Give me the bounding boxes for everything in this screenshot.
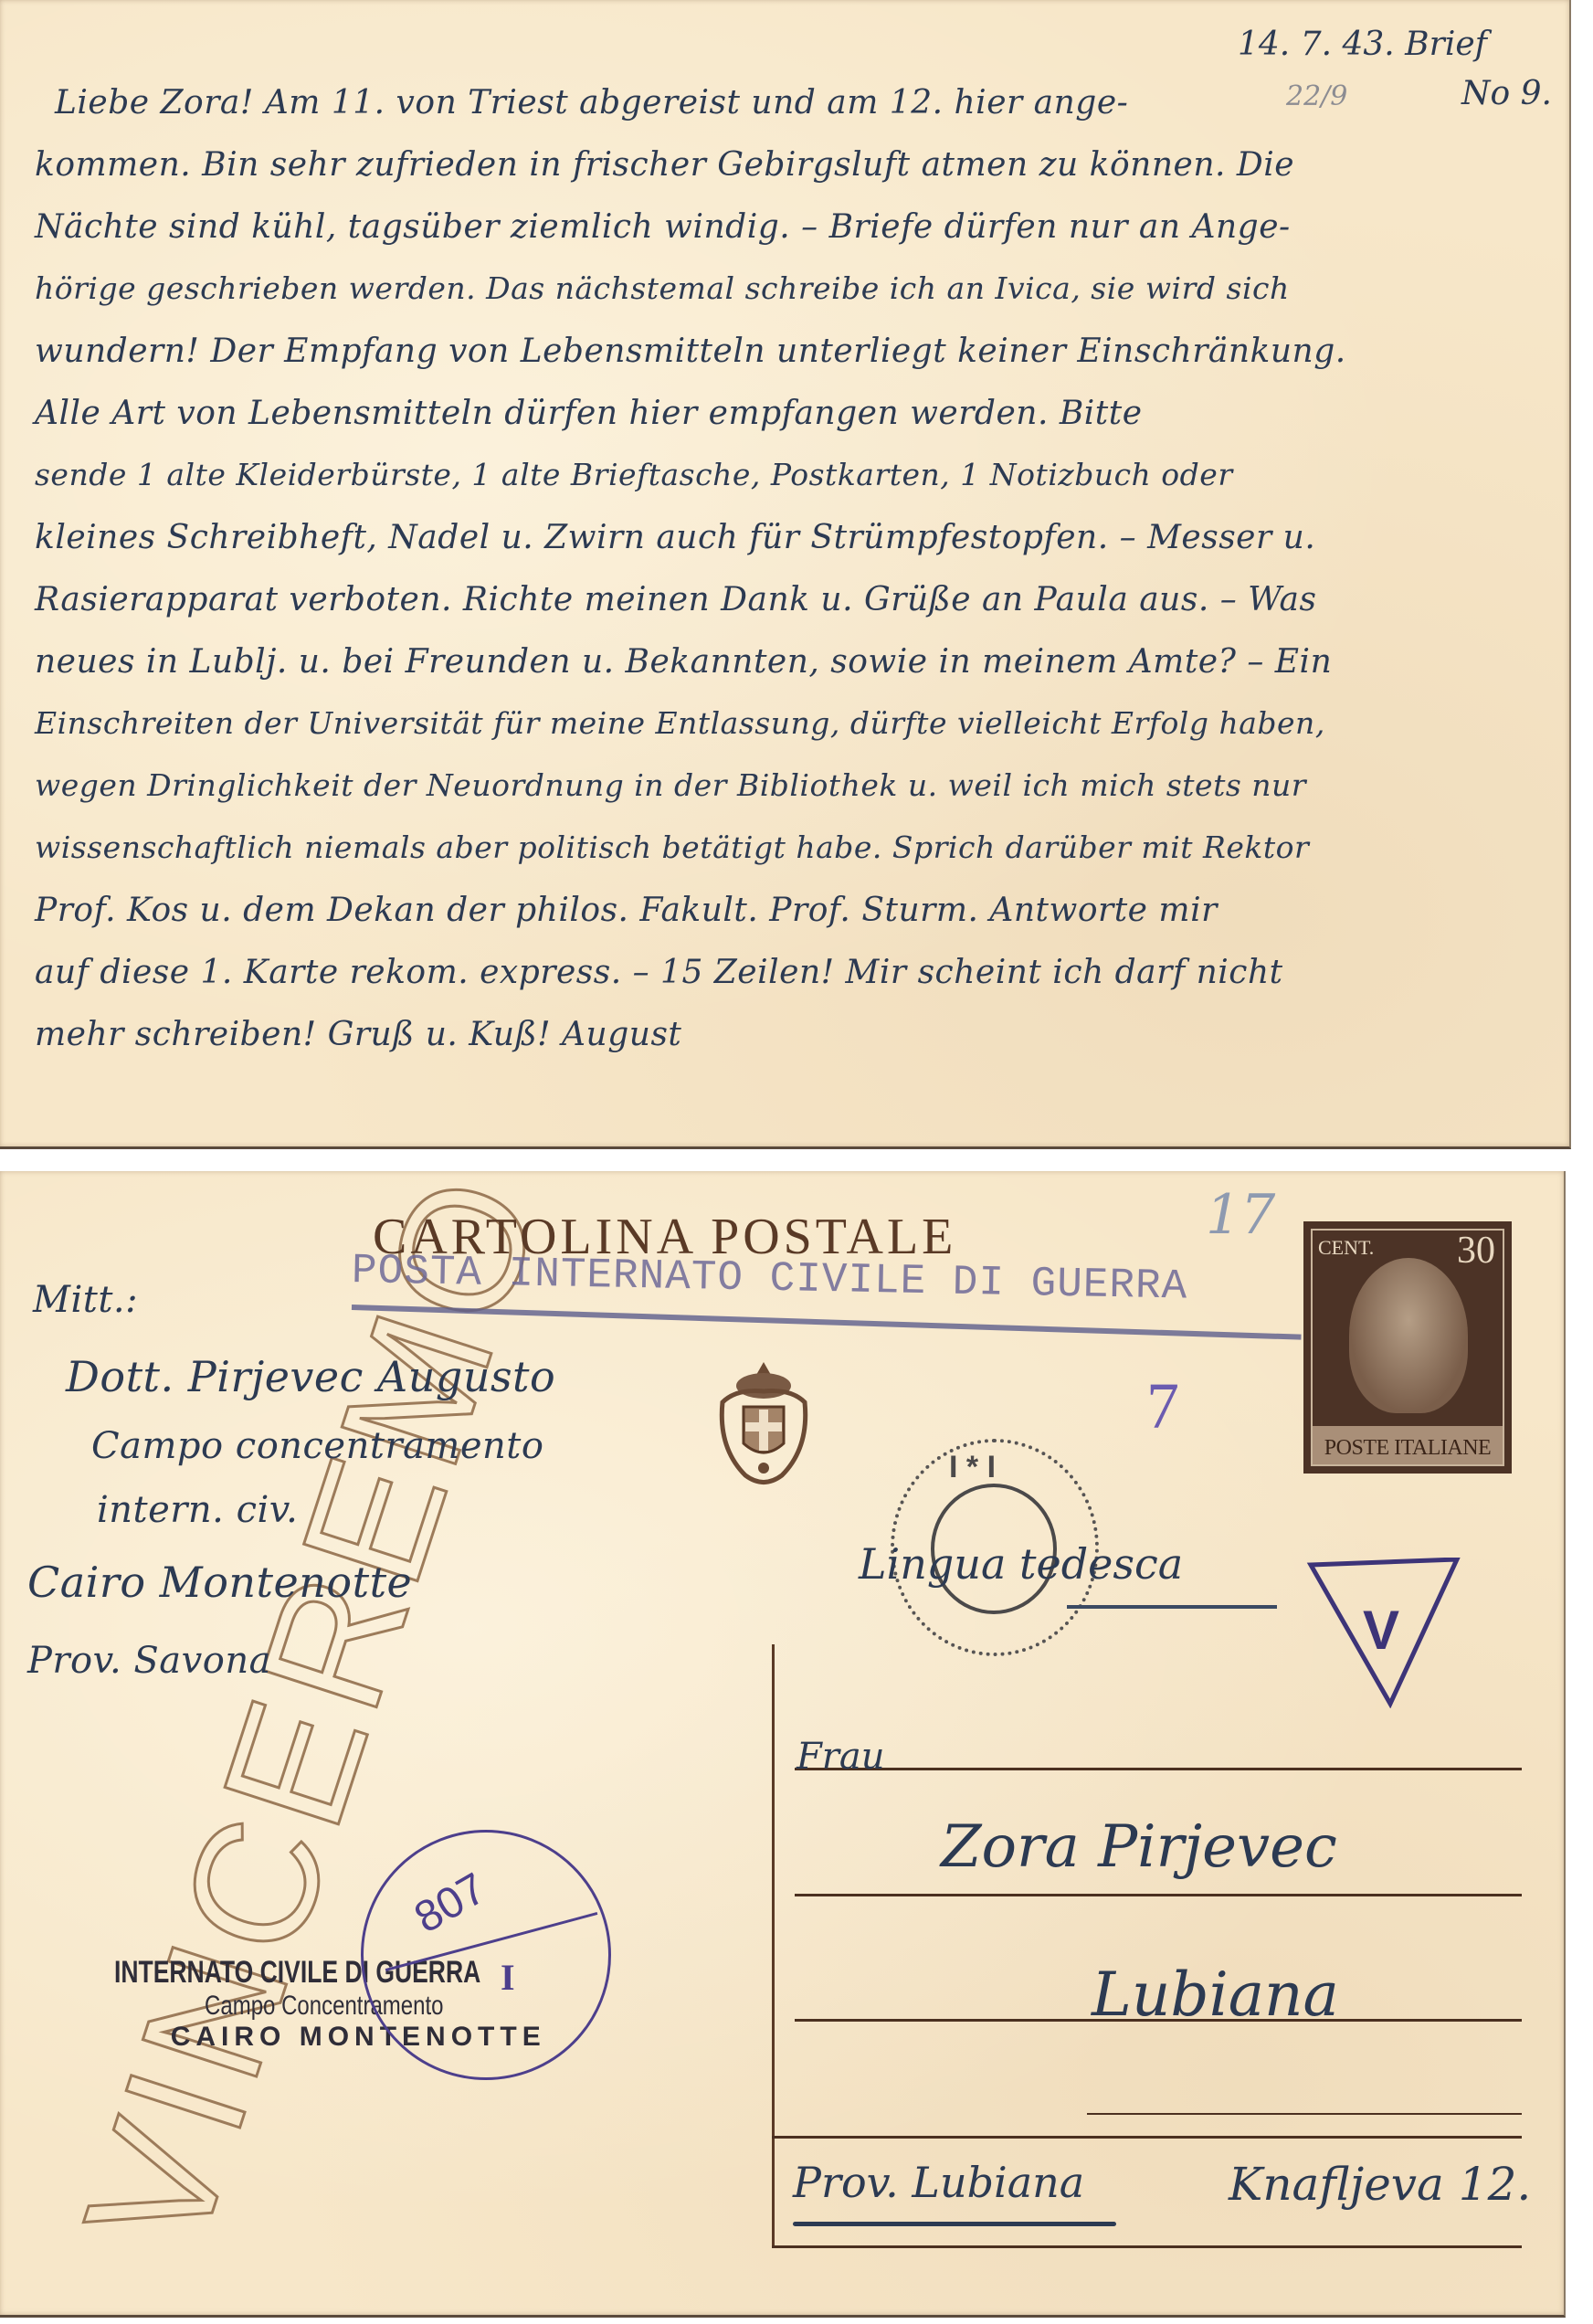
province-underline — [793, 2222, 1116, 2226]
letter-line: Alle Art von Lebensmitteln dürfen hier e… — [35, 395, 1143, 432]
address-rule — [795, 1894, 1522, 1896]
letter-line: wissenschaftlich niemals aber politisch … — [35, 829, 1309, 865]
letter-line: neues in Lublj. u. bei Freunden u. Bekan… — [35, 643, 1332, 681]
censor-roman: I — [501, 1956, 515, 1999]
address-frame-left — [772, 1644, 775, 2247]
address-rule — [795, 1768, 1522, 1770]
language-note-underline — [1067, 1605, 1277, 1609]
stamp-currency: CENT. — [1318, 1236, 1374, 1260]
address-rule — [772, 2245, 1522, 2248]
sender-line: Cairo Montenotte — [27, 1558, 412, 1607]
sender-line: Dott. Pirjevec Augusto — [66, 1352, 555, 1401]
letter-line: kleines Schreibheft, Nadel u. Zwirn auch… — [35, 519, 1315, 556]
king-portrait-icon — [1349, 1258, 1468, 1413]
letter-line: kommen. Bin sehr zufrieden in frischer G… — [35, 146, 1294, 184]
letter-line: sende 1 alte Kleiderbürste, 1 alte Brief… — [35, 457, 1233, 492]
letter-line: wundern! Der Empfang von Lebensmitteln u… — [35, 333, 1346, 370]
recipient-province: Prov. Lubiana — [793, 2158, 1084, 2207]
date-note: 14. 7. 43. Brief — [1238, 26, 1487, 63]
violet-mark: 7 — [1146, 1368, 1179, 1444]
address-rule — [1087, 2113, 1522, 2115]
sender-line: Campo concentramento — [91, 1425, 543, 1467]
letter-line: Liebe Zora! Am 11. von Triest abgereist … — [55, 84, 1128, 121]
sender-label: Mitt.: — [33, 1279, 138, 1321]
postcard-message-side: 14. 7. 43. Brief No 9. 22/9 Liebe Zora! … — [0, 0, 1571, 1149]
language-note: Lingua tedesca — [859, 1539, 1183, 1589]
letter-line: auf diese 1. Karte rekom. express. – 15 … — [35, 954, 1283, 991]
number-note: No 9. — [1461, 75, 1552, 112]
letter-line: Prof. Kos u. dem Dekan der philos. Fakul… — [35, 892, 1218, 929]
censor-number: 807 — [406, 1864, 495, 1944]
letter-line: Rasierapparat verboten. Richte meinen Da… — [35, 581, 1316, 618]
letter-line: Einschreiten der Universität für meine E… — [35, 705, 1325, 741]
censor-circle-stamp: 807 I — [361, 1830, 611, 2080]
letter-line: mehr schreiben! Gruß u. Kuß! August — [35, 1016, 681, 1053]
recipient-city: Lubiana — [1092, 1960, 1339, 2030]
svg-text:V: V — [1363, 1600, 1399, 1661]
sender-line: Prov. Savona — [27, 1640, 271, 1682]
letter-line: Nächte sind kühl, tagsüber ziemlich wind… — [35, 208, 1291, 246]
stamp-label: POSTE ITALIANE — [1303, 1436, 1512, 1461]
postage-stamp: CENT. 30 POSTE ITALIANE — [1303, 1221, 1512, 1474]
postmark-text: I * I — [949, 1450, 996, 1485]
letter-line: hörige geschrieben werden. Das nächstema… — [35, 270, 1290, 306]
letter-line: wegen Dringlichkeit der Neuordnung in de… — [35, 767, 1306, 803]
recipient-salutation: Frau — [796, 1736, 884, 1778]
recipient-street: Knafljeva 12. — [1229, 2158, 1531, 2211]
royal-crest-icon — [709, 1357, 818, 1494]
censor-triangle-icon: V — [1306, 1558, 1461, 1708]
stamp-value: 30 — [1457, 1229, 1495, 1273]
pencil-note: 22/9 — [1286, 80, 1347, 112]
recipient-name: Zora Pirjevec — [941, 1813, 1337, 1881]
sender-line: intern. civ. — [97, 1489, 298, 1531]
address-rule — [772, 2136, 1522, 2139]
censor-slash — [385, 1912, 598, 1971]
pencil-mark: 17 — [1206, 1183, 1275, 1247]
